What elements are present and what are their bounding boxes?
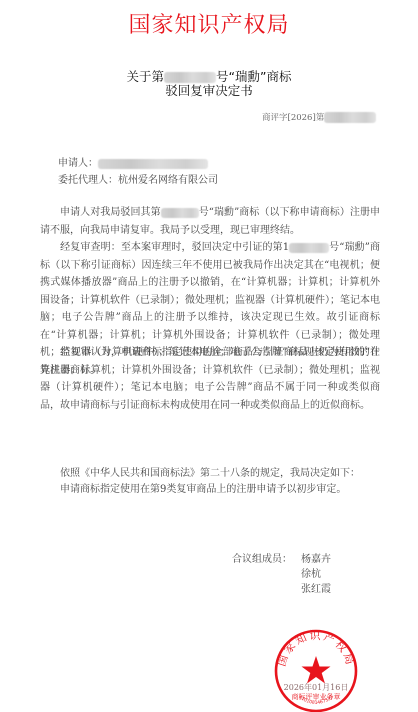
redacted-application-number <box>161 208 199 218</box>
panel-member: 张红霞 <box>301 580 331 595</box>
redacted-trademark-number <box>164 72 216 83</box>
title-suffix: 号“瑞勳”商标 <box>216 69 291 84</box>
document-title-line-1: 关于第号“瑞勳”商标 <box>0 70 418 84</box>
decision-result: 申请商标指定使用在第9类复审商品上的注册申请予以初步审定。 <box>60 482 346 498</box>
agent-label: 委托代理人： <box>58 175 118 186</box>
seal-icon: 国家知识产权局 2026年01月16日 商标评审业务章 110108146733… <box>273 628 359 712</box>
document-title-line-2: 驳回复审决定书 <box>0 84 418 98</box>
decision-basis: 依照《中华人民共和国商标法》第二十八条的规定，我局决定如下： <box>60 466 360 482</box>
applicant-label: 申请人： <box>58 158 98 169</box>
para3-text: 经复审认为，申请商标指定使用的全部商品与引证商标现核定使用的“计算机器；计算机；… <box>40 347 380 411</box>
official-seal: 国家知识产权局 2026年01月16日 商标评审业务章 110108146733… <box>273 628 359 712</box>
para1-prefix: 申请人对我局驳回其第 <box>60 207 161 218</box>
reference-prefix: 商评字[2026]第 <box>262 113 324 123</box>
paragraph-reasoning: 经复审认为，申请商标指定使用的全部商品与引证商标现核定使用的“计算机器；计算机；… <box>40 344 380 414</box>
panel-member: 徐杭 <box>301 565 321 580</box>
title-prefix: 关于第 <box>127 69 165 84</box>
agency-title: 国家知识产权局 <box>0 8 418 39</box>
para2-prefix: 经复审查明：至本案审理时，驳回决定中引证的第1 <box>60 242 289 253</box>
redacted-cited-number <box>289 243 329 253</box>
redacted-reference-number <box>324 112 376 123</box>
panel-label: 合议组成员： <box>232 550 292 565</box>
agent-value: 杭州爱名网络有限公司 <box>118 175 218 186</box>
seal-date: 2026年01月16日 <box>284 682 349 692</box>
redacted-applicant-name <box>98 159 208 169</box>
panel-member: 杨嘉卉 <box>301 550 331 565</box>
applicant-line: 申请人： <box>58 154 208 169</box>
agent-line: 委托代理人：杭州爱名网络有限公司 <box>58 171 218 186</box>
paragraph-application: 申请人对我局驳回其第号“瑞勳”商标（以下称申请商标）注册申请不服，向我局申请复审… <box>40 204 380 239</box>
reference-number: 商评字[2026]第 <box>262 111 376 123</box>
